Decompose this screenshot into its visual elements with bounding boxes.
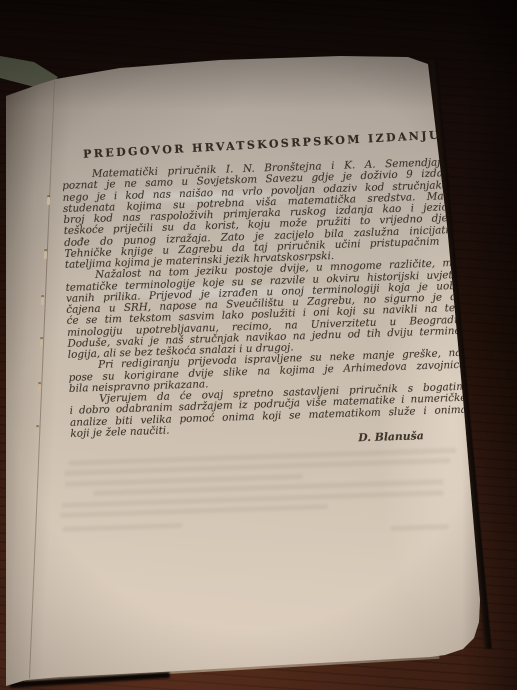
stitch [40,339,43,347]
stitch [47,197,50,205]
preface-paragraphs: Matematički priručnik I. N. Bronštejna i… [62,157,468,440]
show-through-text [58,442,461,565]
gutter-crease [29,81,55,679]
show-through-line [391,524,449,531]
stitch [44,251,47,259]
show-through-line [62,523,182,532]
book-photo: PREDGOVOR HRVATSKOSRPSKOM IZDANJU Matema… [0,0,517,690]
stitch [38,384,41,392]
preface-text: PREDGOVOR HRVATSKOSRPSKOM IZDANJU Matema… [61,136,468,454]
stitch [41,297,44,305]
stitch [36,427,39,435]
